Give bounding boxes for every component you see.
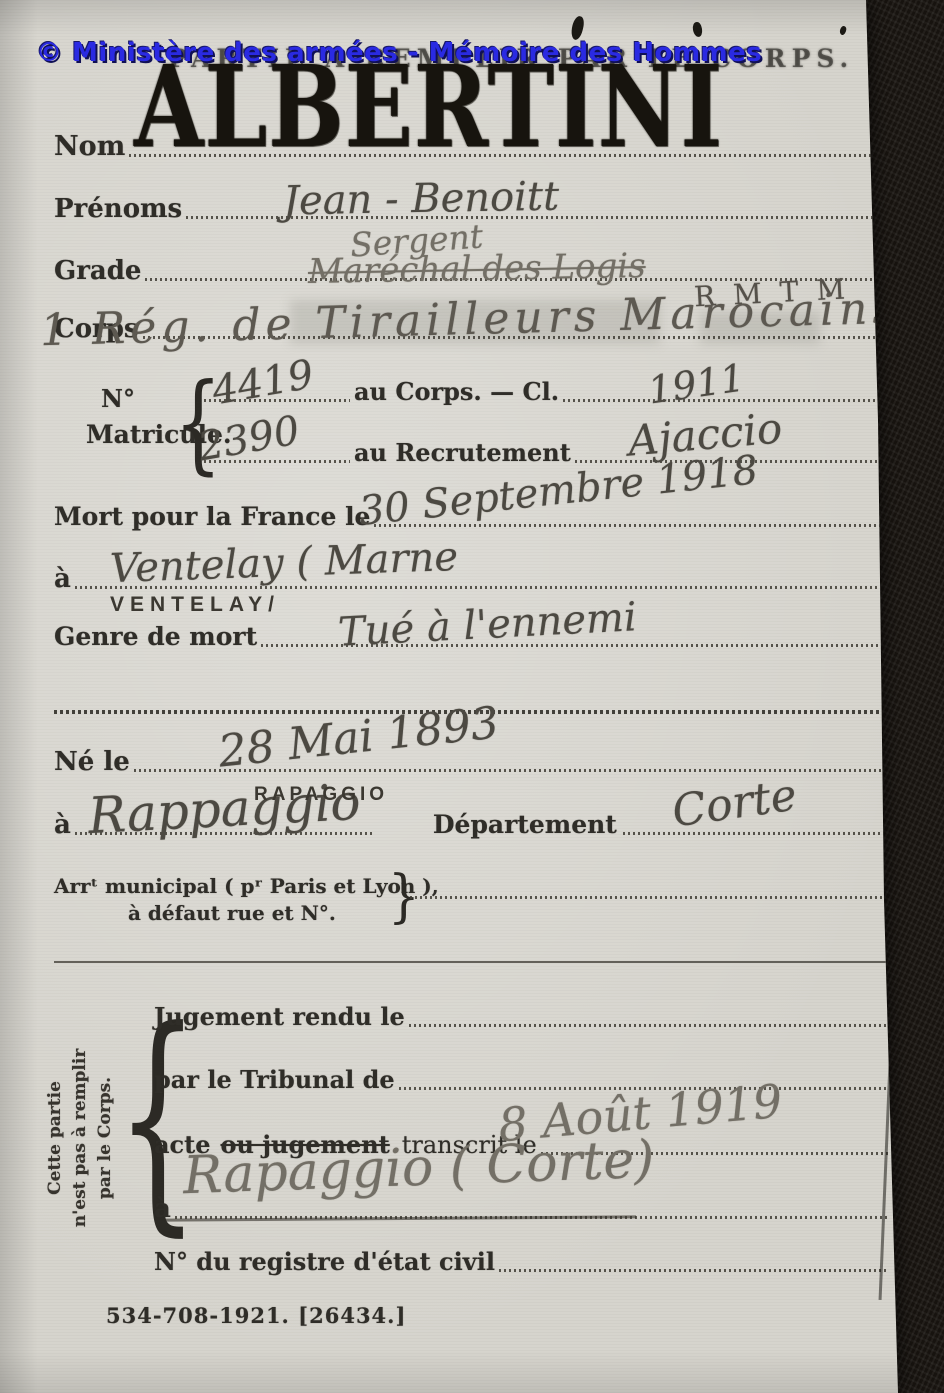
side-note-line: n'est pas à remplir bbox=[68, 1043, 93, 1233]
field-label-a-naissance: à bbox=[54, 812, 71, 838]
dotted-line bbox=[399, 1087, 888, 1090]
dotted-line bbox=[75, 832, 375, 835]
dotted-line bbox=[410, 896, 888, 899]
field-label-grade: Grade bbox=[54, 258, 141, 284]
dotted-line bbox=[204, 399, 350, 402]
dotted-line bbox=[563, 399, 888, 402]
field-row-matricule-corps: au Corps. — Cl. bbox=[204, 371, 888, 405]
dotted-line bbox=[143, 336, 888, 339]
field-label-genre: Genre de mort bbox=[54, 624, 257, 650]
dotted-line bbox=[75, 586, 888, 589]
field-row-prenoms: Prénoms bbox=[54, 188, 888, 222]
field-label-departement: Département bbox=[433, 812, 617, 838]
field-label-numero: N° bbox=[101, 384, 135, 413]
field-label-ou-jugement: ou jugement bbox=[221, 1132, 390, 1158]
paper-shadow: PARTIE A REMPLIR PAR LE CORPS. ALBERTINI… bbox=[0, 0, 944, 1393]
side-note-line: Cette partie bbox=[43, 1043, 68, 1233]
field-label-acte: acte bbox=[154, 1132, 211, 1158]
dotted-line bbox=[145, 278, 888, 281]
scanned-record: PARTIE A REMPLIR PAR LE CORPS. ALBERTINI… bbox=[0, 0, 944, 1393]
field-row-mort: Mort pour la France le bbox=[54, 496, 888, 530]
dotted-line bbox=[623, 832, 888, 835]
side-note-vertical: Cette partie n'est pas à remplir par le … bbox=[43, 1043, 121, 1233]
dotted-line bbox=[261, 644, 888, 647]
field-label-tribunal: par le Tribunal de bbox=[154, 1067, 395, 1093]
field-row-grade: Grade bbox=[54, 250, 888, 284]
typed-stamp-rapaggio: RAPAGGIO bbox=[254, 784, 388, 806]
watermark-text: © Ministère des armées - Mémoire des Hom… bbox=[36, 38, 762, 68]
field-label-prenoms: Prénoms bbox=[54, 196, 182, 222]
field-label-jugement: Jugement rendu le bbox=[154, 1004, 405, 1030]
field-label-arr-line2: à défaut rue et N°. bbox=[128, 901, 336, 925]
field-row-naissance: Né le bbox=[54, 741, 888, 775]
field-label-arr-line1: Arrᵗ municipal ( pʳ Paris et Lyon ), bbox=[54, 874, 439, 898]
field-label-registre: N° du registre d'état civil bbox=[154, 1249, 495, 1275]
dotted-line bbox=[409, 1024, 888, 1027]
section-separator-solid bbox=[54, 961, 886, 963]
dotted-line bbox=[129, 154, 888, 157]
ink-spot bbox=[692, 21, 703, 37]
field-row-transcription: acte ou jugement transcrit le bbox=[154, 1124, 888, 1158]
field-row-nom: Nom bbox=[54, 126, 888, 160]
dotted-line bbox=[186, 216, 888, 219]
field-label-au-recrutement: au Recrutement bbox=[354, 440, 571, 466]
field-row-tribunal: par le Tribunal de bbox=[154, 1059, 888, 1093]
imprint-reference: 534-708-1921. [26434.] bbox=[106, 1303, 406, 1328]
field-row-lieu-naissance: à Département bbox=[54, 804, 888, 838]
field-row-matricule-recrutement: au Recrutement bbox=[204, 432, 888, 466]
dotted-line bbox=[204, 460, 350, 463]
field-label-ne-le: Né le bbox=[54, 749, 130, 775]
dotted-line bbox=[541, 1152, 888, 1155]
section-separator-dotted bbox=[54, 710, 880, 714]
field-label-transcrit: transcrit le bbox=[402, 1132, 537, 1158]
field-row-jugement: Jugement rendu le bbox=[154, 996, 888, 1030]
paper-sheet: PARTIE A REMPLIR PAR LE CORPS. ALBERTINI… bbox=[0, 0, 944, 1393]
field-label-mort: Mort pour la France le bbox=[54, 504, 370, 530]
field-label-au-corps: au Corps. — Cl. bbox=[354, 379, 559, 405]
field-row-lieu-mort: à bbox=[54, 558, 888, 592]
field-row-registre: N° du registre d'état civil bbox=[154, 1241, 888, 1275]
field-label-corps: Corps bbox=[54, 316, 139, 342]
field-label-a-mort: à bbox=[54, 566, 71, 592]
dotted-line bbox=[575, 460, 888, 463]
dotted-line bbox=[499, 1269, 888, 1272]
dotted-line bbox=[134, 769, 888, 772]
dotted-line bbox=[374, 524, 888, 527]
field-row-genre: Genre de mort bbox=[54, 616, 888, 650]
field-label-nom: Nom bbox=[54, 134, 125, 160]
field-row-arr bbox=[410, 868, 888, 902]
ink-spot bbox=[839, 25, 848, 36]
typed-stamp-ventelay: VENTELAY/ bbox=[110, 593, 280, 617]
side-note-line: par le Corps. bbox=[93, 1043, 118, 1233]
field-row-corps: Corps bbox=[54, 308, 888, 342]
